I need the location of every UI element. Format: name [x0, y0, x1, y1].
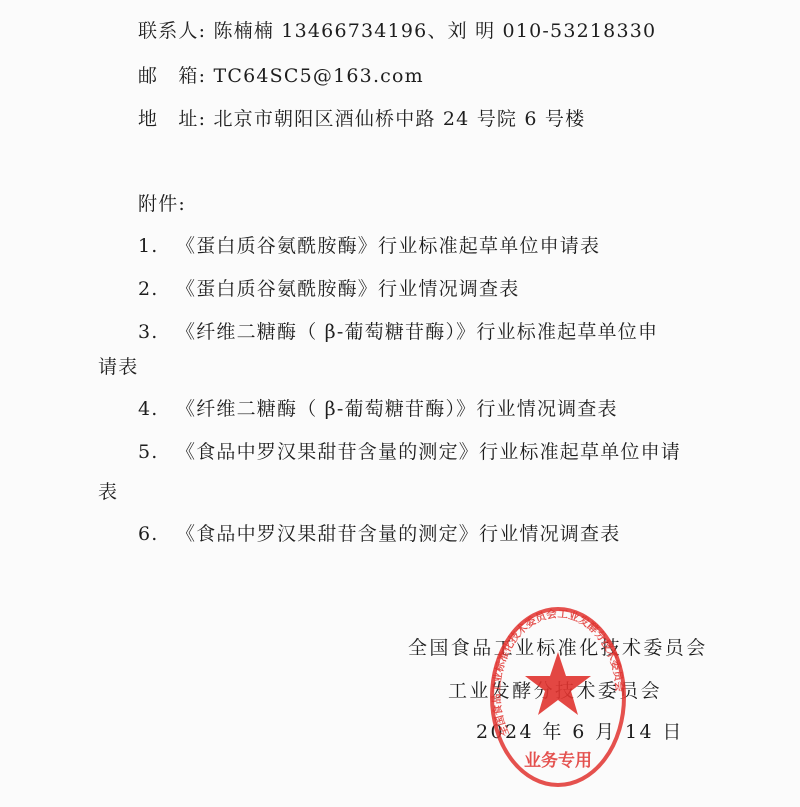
- attachment-number: 3.: [138, 320, 176, 344]
- attachment-title: 《蛋白质谷氨酰胺酶》行业情况调查表: [176, 278, 519, 300]
- attachment-title: 《纤维二糖酶（ β-葡萄糖苷酶）》行业标准起草单位申: [176, 321, 658, 343]
- contact-person-line: 联系人: 陈楠楠 13466734196、刘 明 010-53218330: [138, 19, 656, 43]
- contact-person-value: 陈楠楠 13466734196、刘 明 010-53218330: [213, 20, 656, 42]
- attachment-item-4: 4.《纤维二糖酶（ β-葡萄糖苷酶）》行业情况调查表: [138, 397, 618, 421]
- attachment-number: 1.: [138, 234, 176, 258]
- contact-person-label: 联系人:: [138, 19, 206, 43]
- attachments-heading: 附件:: [138, 192, 186, 216]
- contact-email-line: 邮 箱: TC64SC5@163.com: [138, 64, 424, 88]
- contact-address-value: 北京市朝阳区酒仙桥中路 24 号院 6 号楼: [213, 108, 585, 130]
- attachment-title: 《纤维二糖酶（ β-葡萄糖苷酶）》行业情况调查表: [176, 398, 618, 420]
- attachment-item-5-continuation: 表: [98, 480, 118, 504]
- attachment-number: 5.: [138, 440, 176, 464]
- signature-org-line2: 工业发酵分技术委员会: [448, 679, 662, 703]
- attachment-title: 《食品中罗汉果甜苷含量的测定》行业标准起草单位申请: [176, 441, 681, 463]
- attachment-item-6: 6.《食品中罗汉果甜苷含量的测定》行业情况调查表: [138, 522, 620, 546]
- stamp-center-text: 业务专用: [524, 750, 592, 771]
- stamp-ring-text: 全国食品工业标准化技术委员会工业发酵分技术委员会: [490, 607, 626, 738]
- attachment-item-3-continuation: 请表: [98, 355, 138, 379]
- attachment-number: 4.: [138, 397, 176, 421]
- attachment-item-2: 2.《蛋白质谷氨酰胺酶》行业情况调查表: [138, 277, 519, 301]
- contact-address-label: 地 址:: [138, 107, 206, 131]
- contact-address-line: 地 址: 北京市朝阳区酒仙桥中路 24 号院 6 号楼: [138, 107, 585, 131]
- attachment-title: 《蛋白质谷氨酰胺酶》行业标准起草单位申请表: [176, 235, 600, 257]
- document-page: 联系人: 陈楠楠 13466734196、刘 明 010-53218330 邮 …: [0, 0, 800, 807]
- attachment-number: 2.: [138, 277, 176, 301]
- signature-org-line1: 全国食品工业标准化技术委员会: [408, 636, 708, 660]
- contact-email-value: TC64SC5@163.com: [213, 65, 423, 87]
- contact-email-label: 邮 箱:: [138, 64, 206, 88]
- signature-date: 2024 年 6 月 14 日: [476, 720, 684, 744]
- attachment-item-1: 1.《蛋白质谷氨酰胺酶》行业标准起草单位申请表: [138, 234, 600, 258]
- attachment-title: 《食品中罗汉果甜苷含量的测定》行业情况调查表: [176, 523, 620, 545]
- attachment-item-3: 3.《纤维二糖酶（ β-葡萄糖苷酶）》行业标准起草单位申: [138, 320, 658, 344]
- attachment-item-5: 5.《食品中罗汉果甜苷含量的测定》行业标准起草单位申请: [138, 440, 681, 464]
- attachment-number: 6.: [138, 522, 176, 546]
